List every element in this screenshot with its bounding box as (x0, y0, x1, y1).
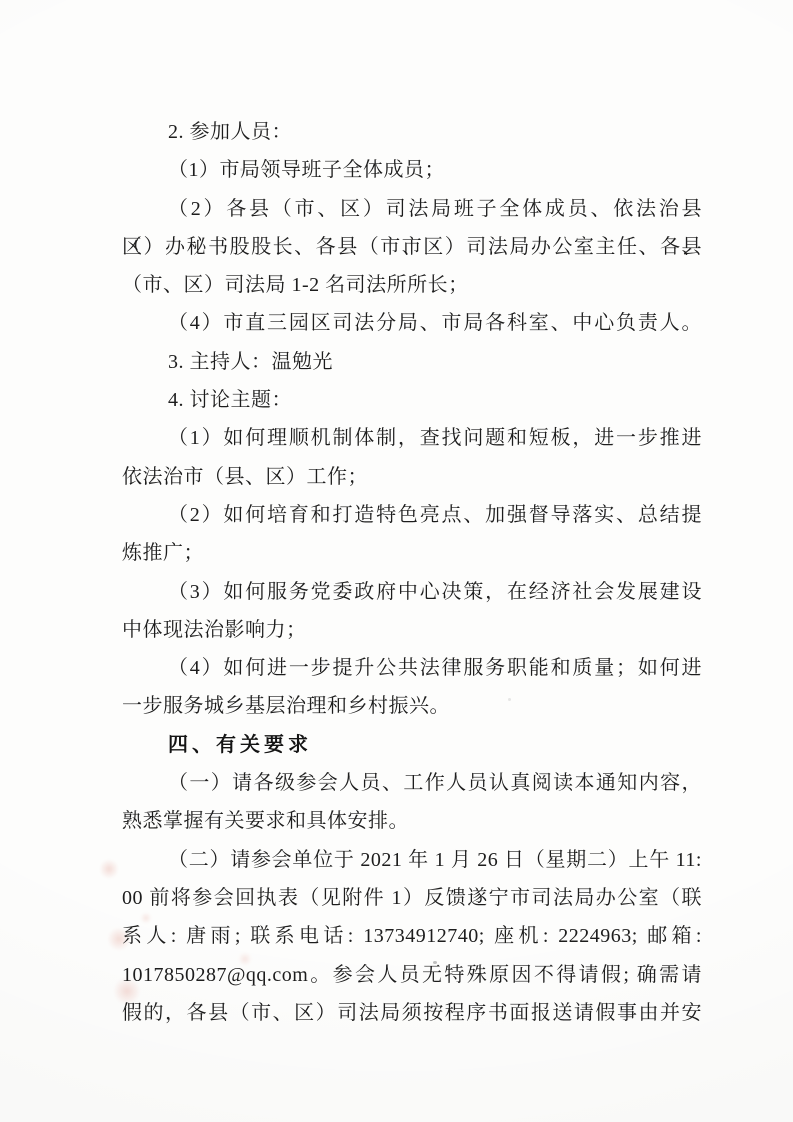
text-line: （1）市局领导班子全体成员； (122, 151, 702, 189)
text-line: 依法治市（县、区）工作； (122, 458, 702, 496)
text-line: （2）各县（市、区）司法局班子全体成员、依法治县（市、 (122, 190, 702, 228)
text-line: 区）办秘书股股长、各县（市、区）司法局办公室主任、各县 (122, 228, 702, 266)
text-line: 假的，各县（市、区）司法局须按程序书面报送请假事由并安 (122, 994, 702, 1032)
text-line: （4）如何进一步提升公共法律服务职能和质量；如何进 (122, 649, 702, 687)
text-line: 熟悉掌握有关要求和具体安排。 (122, 802, 702, 840)
scan-stain (100, 858, 118, 880)
document-body: 2. 参加人员：（1）市局领导班子全体成员；（2）各县（市、区）司法局班子全体成… (122, 113, 702, 1032)
text-line: 中体现法治影响力； (122, 611, 702, 649)
document-page: 2. 参加人员：（1）市局领导班子全体成员；（2）各县（市、区）司法局班子全体成… (0, 0, 793, 1122)
text-line: 系人: 唐雨; 联系电话: 13734912740; 座机: 2224963; … (122, 917, 702, 955)
text-line: 一步服务城乡基层治理和乡村振兴。 (122, 687, 702, 725)
text-line: 炼推广； (122, 534, 702, 572)
text-line: （一）请各级参会人员、工作人员认真阅读本通知内容， (122, 764, 702, 802)
text-line: 00 前将参会回执表（见附件 1）反馈遂宁市司法局办公室（联 (122, 879, 702, 917)
text-line: 2. 参加人员： (122, 113, 702, 151)
text-line: 3. 主持人：温勉光 (122, 343, 702, 381)
text-line: （1）如何理顺机制体制，查找问题和短板，进一步推进 (122, 419, 702, 457)
section-heading: 四、有关要求 (122, 726, 702, 764)
text-line: （市、区）司法局 1-2 名司法所所长； (122, 266, 702, 304)
text-line: （二）请参会单位于 2021 年 1 月 26 日（星期二）上午 11: (122, 841, 702, 879)
text-line: （4）市直三园区司法分局、市局各科室、中心负责人。 (122, 304, 702, 342)
text-line: （3）如何服务党委政府中心决策，在经济社会发展建设 (122, 573, 702, 611)
text-line: 4. 讨论主题： (122, 381, 702, 419)
text-line: 1017850287@qq.com。参会人员无特殊原因不得请假; 确需请 (122, 956, 702, 994)
text-line: （2）如何培育和打造特色亮点、加强督导落实、总结提 (122, 496, 702, 534)
